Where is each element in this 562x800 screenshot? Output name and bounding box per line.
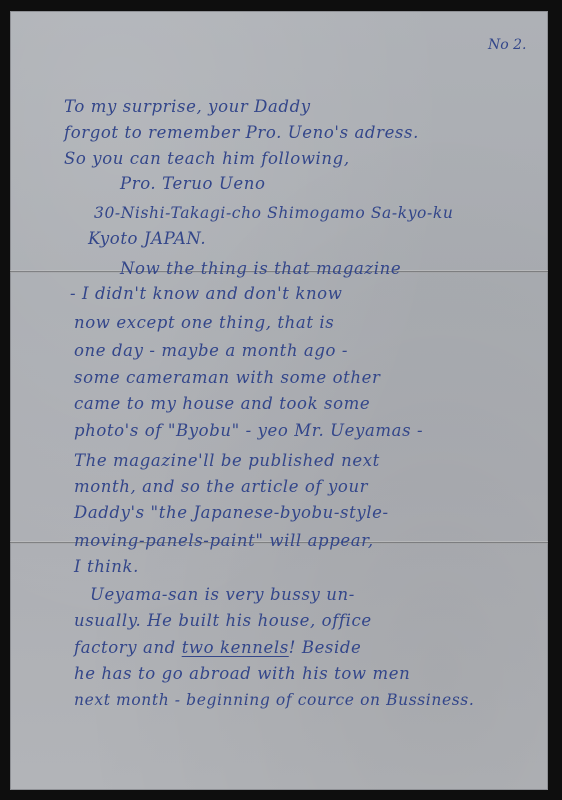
letter-line: Daddy's "the Japanese-byobu-style- bbox=[74, 503, 389, 523]
letter-line: - I didn't know and don't know bbox=[70, 284, 342, 304]
letter-page: No 2. To my surprise, your Daddy forgot … bbox=[10, 11, 548, 790]
letter-line: photo's of "Byobu" - yeo Mr. Ueyamas - bbox=[74, 421, 423, 441]
letter-text: factory and bbox=[74, 638, 176, 657]
page-number: No 2. bbox=[488, 37, 527, 53]
letter-line: next month - beginning of cource on Buss… bbox=[74, 690, 474, 710]
letter-line: usually. He built his house, office bbox=[74, 611, 372, 631]
letter-text: ! Beside bbox=[289, 638, 362, 657]
letter-line-name: Pro. Teruo Ueno bbox=[120, 174, 266, 194]
letter-line: some cameraman with some other bbox=[74, 368, 380, 388]
letter-line: So you can teach him following, bbox=[64, 149, 350, 169]
letter-line: I think. bbox=[74, 557, 139, 577]
letter-line: month, and so the article of your bbox=[74, 477, 368, 497]
letter-line: To my surprise, your Daddy bbox=[64, 97, 311, 117]
letter-line-with-emphasis: factory and two kennels! Beside bbox=[74, 638, 361, 658]
underlined-text: two kennels bbox=[182, 638, 289, 657]
letter-line: one day - maybe a month ago - bbox=[74, 341, 348, 361]
letter-line: came to my house and took some bbox=[74, 394, 370, 414]
letter-line: he has to go abroad with his tow men bbox=[74, 664, 410, 684]
letter-line: Ueyama-san is very bussy un- bbox=[90, 585, 355, 605]
letter-line: now except one thing, that is bbox=[74, 313, 334, 333]
letter-line-address: Kyoto JAPAN. bbox=[88, 229, 206, 249]
letter-line: Now the thing is that magazine bbox=[120, 259, 401, 279]
letter-line: moving-panels-paint" will appear, bbox=[74, 531, 374, 551]
letter-line-address: 30-Nishi-Takagi-cho Shimogamo Sa-kyo-ku bbox=[94, 203, 453, 223]
letter-line: The magazine'll be published next bbox=[74, 451, 380, 471]
letter-line: forgot to remember Pro. Ueno's adress. bbox=[64, 123, 419, 143]
